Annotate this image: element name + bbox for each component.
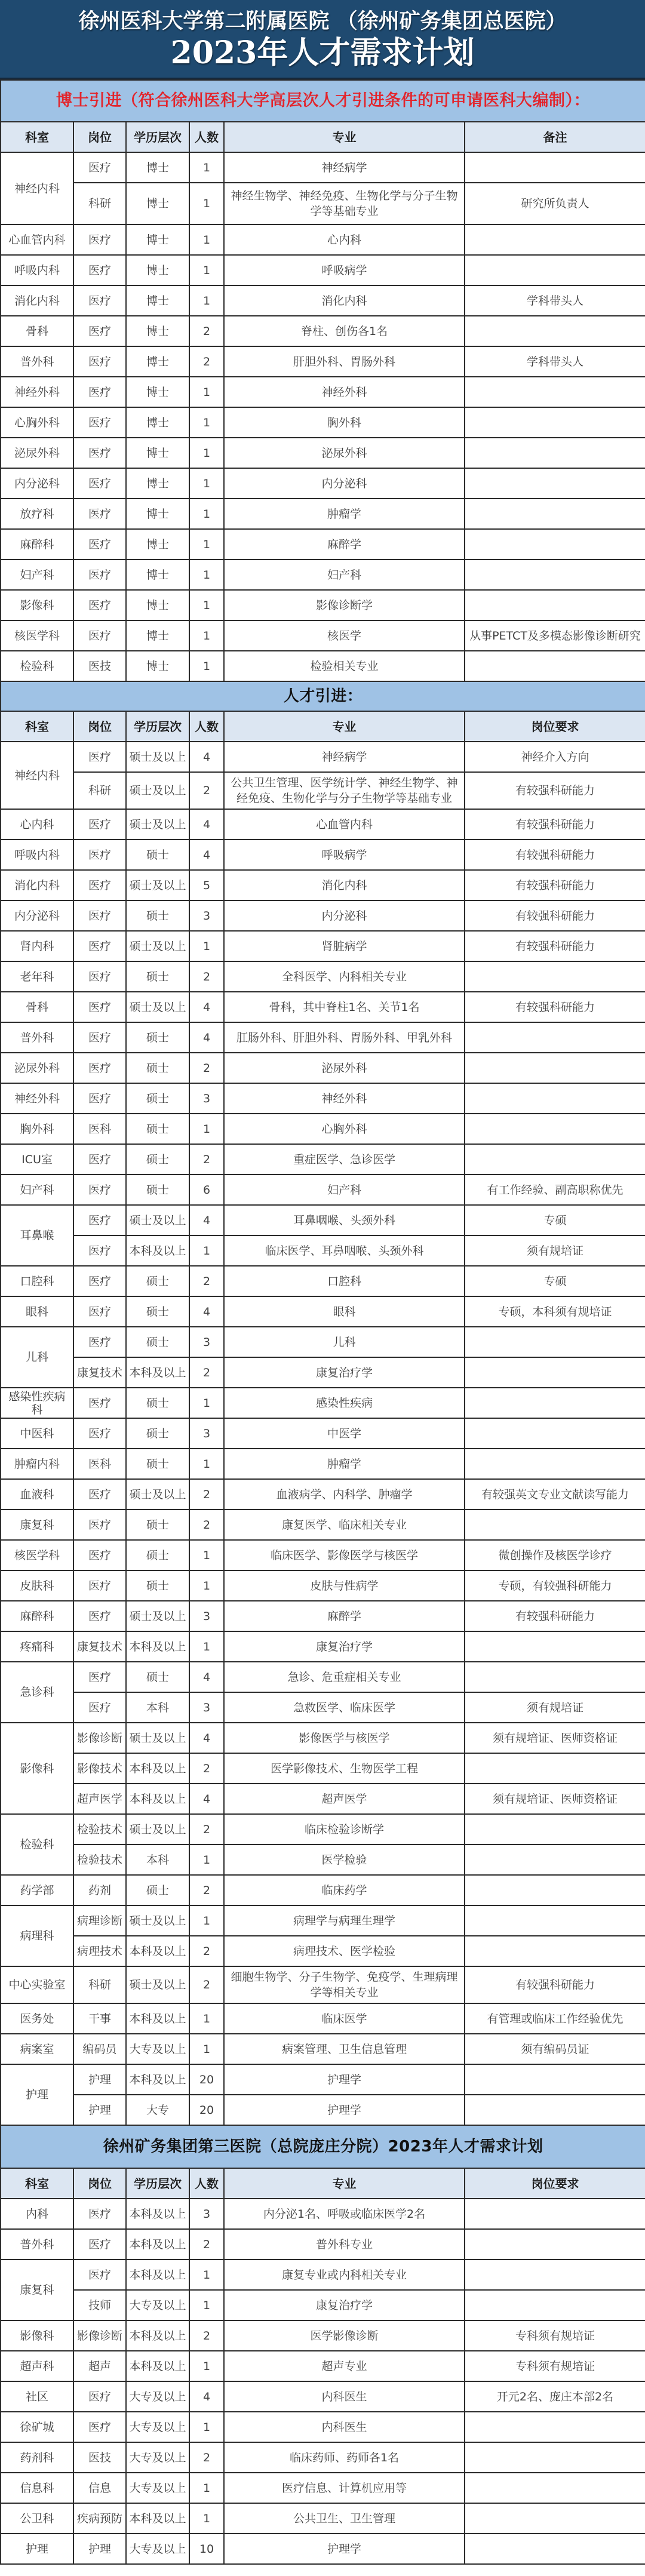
remark-cell	[465, 1845, 645, 1875]
dept-cell: 泌尿外科	[1, 438, 73, 468]
count-cell: 2	[189, 316, 224, 346]
table-row: 信息科信息大专及以上1医疗信息、计算机应用等	[1, 2473, 645, 2503]
dept-cell: 护理	[1, 2064, 73, 2125]
major-cell: 临床医学、耳鼻咽喉、头颈外科	[224, 1235, 465, 1266]
post-cell: 医疗	[73, 742, 126, 772]
post-cell: 医疗	[73, 1144, 126, 1175]
education-cell: 硕士	[126, 1022, 189, 1053]
table-row: 中医科医疗硕士3中医学	[1, 1418, 645, 1449]
education-cell: 大专及以上	[126, 2290, 189, 2320]
count-cell: 1	[189, 590, 224, 620]
post-cell: 医疗	[73, 285, 126, 316]
post-cell: 科研	[73, 183, 126, 225]
count-cell: 10	[189, 2534, 224, 2564]
post-cell: 医疗	[73, 1266, 126, 1296]
post-cell: 医疗	[73, 225, 126, 255]
remark-cell	[465, 377, 645, 407]
remark-cell	[465, 961, 645, 992]
column-header-education: 学历层次	[126, 122, 189, 152]
count-cell: 3	[189, 1692, 224, 1723]
major-cell: 护理学	[224, 2095, 465, 2125]
column-header-education: 学历层次	[126, 2168, 189, 2199]
table-row: 泌尿外科医疗硕士2泌尿外科	[1, 1053, 645, 1083]
dept-cell: 影像科	[1, 590, 73, 620]
remark-cell: 有较强科研能力	[465, 809, 645, 840]
remark-cell	[465, 1662, 645, 1692]
remark-cell	[465, 2229, 645, 2260]
remark-cell	[465, 1753, 645, 1784]
major-cell: 康复治疗学	[224, 1631, 465, 1662]
table-row: 眼科医疗硕士4眼科专硕，本科须有规培证	[1, 1296, 645, 1327]
column-header-major: 专业	[224, 711, 465, 742]
dept-cell: 内分泌科	[1, 900, 73, 931]
dept-cell: 康复科	[1, 2260, 73, 2320]
dept-cell: 麻醉科	[1, 529, 73, 560]
post-cell: 病理诊断	[73, 1905, 126, 1936]
recruitment-plan-body: 博士引进（符合徐州医科大学高层次人才引进条件的可申请医科大编制）：科室岗位学历层…	[1, 80, 645, 2564]
remark-cell	[465, 1936, 645, 1966]
post-cell: 超声医学	[73, 1784, 126, 1814]
count-cell: 1	[189, 1114, 224, 1144]
table-row: 心内科医疗硕士及以上4心血管内科有较强科研能力	[1, 809, 645, 840]
post-cell: 疾病预防	[73, 2503, 126, 2534]
table-row: 消化内科医疗博士1消化内科学科带头人	[1, 285, 645, 316]
table-row: 影像科影像诊断硕士及以上4影像医学与核医学须有规培证、医师资格证	[1, 1723, 645, 1753]
major-cell: 普外科专业	[224, 2229, 465, 2260]
post-cell: 超声	[73, 2351, 126, 2381]
post-cell: 医疗	[73, 377, 126, 407]
column-header-post: 岗位	[73, 122, 126, 152]
table-row: 麻醉科医疗硕士及以上3麻醉学有较强科研能力	[1, 1601, 645, 1631]
major-cell: 心血管内科	[224, 809, 465, 840]
dept-cell: 妇产科	[1, 560, 73, 590]
count-cell: 3	[189, 1327, 224, 1357]
post-cell: 医疗	[73, 1510, 126, 1540]
remark-cell: 研究所负责人	[465, 183, 645, 225]
count-cell: 5	[189, 870, 224, 900]
section-band: 人才引进：	[1, 681, 645, 711]
table-row: 药学部药剂硕士2临床药学	[1, 1875, 645, 1905]
column-header-education: 学历层次	[126, 711, 189, 742]
dept-cell: 病案室	[1, 2034, 73, 2064]
education-cell: 本科及以上	[126, 1784, 189, 1814]
count-cell: 1	[189, 2473, 224, 2503]
count-cell: 1	[189, 255, 224, 285]
dept-cell: 神经内科	[1, 742, 73, 809]
table-row: 内分泌科医疗硕士3内分泌科有较强科研能力	[1, 900, 645, 931]
remark-cell: 学科带头人	[465, 346, 645, 377]
dept-cell: 肿瘤内科	[1, 1449, 73, 1479]
remark-cell	[465, 651, 645, 681]
post-cell: 医疗	[73, 2229, 126, 2260]
major-cell: 口腔科	[224, 1266, 465, 1296]
table-row: 肿瘤内科医科硕士1肿瘤学	[1, 1449, 645, 1479]
table-row: 骨科医疗博士2脊柱、创伤各1名	[1, 316, 645, 346]
post-cell: 医技	[73, 651, 126, 681]
column-header-post: 岗位	[73, 711, 126, 742]
remark-cell	[465, 529, 645, 560]
count-cell: 1	[189, 1388, 224, 1418]
remark-cell: 神经介入方向	[465, 742, 645, 772]
count-cell: 1	[189, 499, 224, 529]
count-cell: 1	[189, 2260, 224, 2290]
table-row: 药剂科医技大专及以上2临床药师、药师各1名	[1, 2442, 645, 2473]
table-row: 普外科医疗博士2肝胆外科、胃肠外科学科带头人	[1, 346, 645, 377]
education-cell: 硕士及以上	[126, 742, 189, 772]
dept-cell: 普外科	[1, 1022, 73, 1053]
table-row: 影像科影像诊断本科及以上2医学影像诊断专科须有规培证	[1, 2320, 645, 2351]
column-header-remark: 岗位要求	[465, 711, 645, 742]
column-header-dept: 科室	[1, 122, 73, 152]
post-cell: 医疗	[73, 2412, 126, 2442]
remark-cell	[465, 1510, 645, 1540]
count-cell: 4	[189, 1784, 224, 1814]
table-row: 内科医疗本科及以上3内分泌1名、呼吸或临床医学2名	[1, 2199, 645, 2229]
table-row: 中心实验室科研硕士及以上2细胞生物学、分子生物学、免疫学、生理病理学等相关专业有…	[1, 1966, 645, 2003]
major-cell: 消化内科	[224, 870, 465, 900]
remark-cell	[465, 1905, 645, 1936]
table-row: 影像技术本科及以上2医学影像技术、生物医学工程	[1, 1753, 645, 1784]
dept-cell: 康复科	[1, 1510, 73, 1540]
post-cell: 药剂	[73, 1875, 126, 1905]
post-cell: 医疗	[73, 1418, 126, 1449]
major-cell: 麻醉学	[224, 1601, 465, 1631]
remark-cell	[465, 152, 645, 183]
dept-cell: 心血管内科	[1, 225, 73, 255]
major-cell: 全科医学、内科相关专业	[224, 961, 465, 992]
education-cell: 硕士	[126, 961, 189, 992]
major-cell: 神经病学	[224, 152, 465, 183]
remark-cell	[465, 2442, 645, 2473]
remark-cell	[465, 1449, 645, 1479]
remark-cell	[465, 316, 645, 346]
table-row: 消化内科医疗硕士及以上5消化内科有较强科研能力	[1, 870, 645, 900]
section-band: 博士引进（符合徐州医科大学高层次人才引进条件的可申请医科大编制）：	[1, 80, 645, 122]
count-cell: 1	[189, 407, 224, 438]
post-cell: 医疗	[73, 1662, 126, 1692]
remark-cell	[465, 1327, 645, 1357]
table-row: 核医学科医疗博士1核医学从事PETCT及多模态影像诊断研究	[1, 620, 645, 651]
dept-cell: ICU室	[1, 1144, 73, 1175]
post-cell: 医疗	[73, 1479, 126, 1510]
major-cell: 耳鼻咽喉、头颈外科	[224, 1205, 465, 1235]
remark-cell: 专硕，有较强科研能力	[465, 1570, 645, 1601]
dept-cell: 心内科	[1, 809, 73, 840]
education-cell: 硕士及以上	[126, 772, 189, 809]
major-cell: 妇产科	[224, 1175, 465, 1205]
post-cell: 医疗	[73, 2381, 126, 2412]
dept-cell: 呼吸内科	[1, 255, 73, 285]
table-row: 疼痛科康复技术本科及以上1康复治疗学	[1, 1631, 645, 1662]
education-cell: 本科及以上	[126, 2229, 189, 2260]
remark-cell	[465, 1053, 645, 1083]
major-cell: 临床医学	[224, 2003, 465, 2034]
remark-cell	[465, 2095, 645, 2125]
remark-cell: 有较强科研能力	[465, 900, 645, 931]
remark-cell	[465, 2534, 645, 2564]
education-cell: 硕士	[126, 1053, 189, 1083]
education-cell: 硕士及以上	[126, 1966, 189, 2003]
section-band: 徐州矿务集团第三医院（总院庞庄分院）2023年人才需求计划	[1, 2125, 645, 2168]
count-cell: 2	[189, 961, 224, 992]
table-row: 社区医疗大专及以上4内科医生开元2名、庞庄本部2名	[1, 2381, 645, 2412]
dept-cell: 中心实验室	[1, 1966, 73, 2003]
education-cell: 硕士	[126, 1175, 189, 1205]
remark-cell	[465, 407, 645, 438]
table-row: 妇产科医疗硕士6妇产科有工作经验、副高职称优先	[1, 1175, 645, 1205]
education-cell: 硕士	[126, 1266, 189, 1296]
education-cell: 硕士	[126, 1662, 189, 1692]
major-cell: 康复治疗学	[224, 1357, 465, 1388]
remark-cell: 须有规培证、医师资格证	[465, 1723, 645, 1753]
count-cell: 1	[189, 438, 224, 468]
page-title-line2: 2023年人才需求计划	[0, 35, 645, 71]
major-cell: 泌尿外科	[224, 438, 465, 468]
major-cell: 皮肤与性病学	[224, 1570, 465, 1601]
count-cell: 1	[189, 1845, 224, 1875]
count-cell: 4	[189, 809, 224, 840]
table-row: 麻醉科医疗博士1麻醉学	[1, 529, 645, 560]
education-cell: 博士	[126, 468, 189, 499]
count-cell: 3	[189, 1083, 224, 1114]
count-cell: 1	[189, 529, 224, 560]
education-cell: 博士	[126, 620, 189, 651]
education-cell: 博士	[126, 255, 189, 285]
dept-cell: 泌尿外科	[1, 1053, 73, 1083]
remark-cell	[465, 1418, 645, 1449]
education-cell: 大专	[126, 2095, 189, 2125]
count-cell: 1	[189, 2290, 224, 2320]
count-cell: 2	[189, 1510, 224, 1540]
dept-cell: 皮肤科	[1, 1570, 73, 1601]
column-header-count: 人数	[189, 2168, 224, 2199]
education-cell: 博士	[126, 651, 189, 681]
remark-cell	[465, 2064, 645, 2095]
dept-cell: 感染性疾病科	[1, 1388, 73, 1418]
dept-cell: 神经外科	[1, 377, 73, 407]
remark-cell	[465, 1144, 645, 1175]
major-cell: 肿瘤学	[224, 499, 465, 529]
major-cell: 消化内科	[224, 285, 465, 316]
count-cell: 1	[189, 152, 224, 183]
column-header-post: 岗位	[73, 2168, 126, 2199]
column-header-remark: 备注	[465, 122, 645, 152]
dept-cell: 病理科	[1, 1905, 73, 1966]
table-row: 检验科医技博士1检验相关专业	[1, 651, 645, 681]
post-cell: 科研	[73, 772, 126, 809]
count-cell: 2	[189, 2442, 224, 2473]
table-row: 耳鼻喉医疗硕士及以上4耳鼻咽喉、头颈外科专硕	[1, 1205, 645, 1235]
education-cell: 博士	[126, 407, 189, 438]
major-cell: 呼吸病学	[224, 840, 465, 870]
major-cell: 临床药师、药师各1名	[224, 2442, 465, 2473]
major-cell: 泌尿外科	[224, 1053, 465, 1083]
post-cell: 护理	[73, 2064, 126, 2095]
dept-cell: 神经外科	[1, 1083, 73, 1114]
post-cell: 医疗	[73, 152, 126, 183]
remark-cell	[465, 1083, 645, 1114]
major-cell: 感染性疾病	[224, 1388, 465, 1418]
post-cell: 医疗	[73, 499, 126, 529]
education-cell: 博士	[126, 152, 189, 183]
post-cell: 医疗	[73, 1327, 126, 1357]
dept-cell: 老年科	[1, 961, 73, 992]
education-cell: 硕士	[126, 1510, 189, 1540]
major-cell: 骨科，其中脊柱1名、关节1名	[224, 992, 465, 1022]
post-cell: 技师	[73, 2290, 126, 2320]
dept-cell: 呼吸内科	[1, 840, 73, 870]
table-row: 普外科医疗硕士4肛肠外科、肝胆外科、胃肠外科、甲乳外科	[1, 1022, 645, 1053]
table-row: 康复科医疗本科及以上1康复专业或内科相关专业	[1, 2260, 645, 2290]
remark-cell: 微创操作及核医学诊疗	[465, 1540, 645, 1570]
count-cell: 1	[189, 2351, 224, 2381]
count-cell: 2	[189, 1875, 224, 1905]
count-cell: 1	[189, 2503, 224, 2534]
post-cell: 医疗	[73, 1540, 126, 1570]
dept-cell: 肾内科	[1, 931, 73, 961]
table-row: 医疗本科及以上1临床医学、耳鼻咽喉、头颈外科须有规培证	[1, 1235, 645, 1266]
education-cell: 硕士及以上	[126, 1723, 189, 1753]
dept-cell: 骨科	[1, 316, 73, 346]
count-cell: 4	[189, 1723, 224, 1753]
table-row: 病理科病理诊断硕士及以上1病理学与病理生理学	[1, 1905, 645, 1936]
post-cell: 医疗	[73, 407, 126, 438]
table-row: 心血管内科医疗博士1心内科	[1, 225, 645, 255]
count-cell: 1	[189, 1449, 224, 1479]
education-cell: 硕士及以上	[126, 1205, 189, 1235]
education-cell: 本科及以上	[126, 1235, 189, 1266]
dept-cell: 核医学科	[1, 1540, 73, 1570]
major-cell: 护理学	[224, 2064, 465, 2095]
count-cell: 20	[189, 2064, 224, 2095]
remark-cell: 须有规培证、医师资格证	[465, 1784, 645, 1814]
education-cell: 本科及以上	[126, 2064, 189, 2095]
post-cell: 医疗	[73, 1083, 126, 1114]
column-header-count: 人数	[189, 711, 224, 742]
post-cell: 医疗	[73, 1388, 126, 1418]
major-cell: 内分泌1名、呼吸或临床医学2名	[224, 2199, 465, 2229]
major-cell: 影像医学与核医学	[224, 1723, 465, 1753]
table-row: 徐矿城医疗大专及以上1内科医生	[1, 2412, 645, 2442]
post-cell: 医疗	[73, 900, 126, 931]
table-row: 呼吸内科医疗博士1呼吸病学	[1, 255, 645, 285]
major-cell: 妇产科	[224, 560, 465, 590]
column-header-count: 人数	[189, 122, 224, 152]
table-row: 血液科医疗硕士及以上2血液病学、内科学、肿瘤学有较强英文专业文献读写能力	[1, 1479, 645, 1510]
major-cell: 脊柱、创伤各1名	[224, 316, 465, 346]
remark-cell: 专硕	[465, 1205, 645, 1235]
education-cell: 本科及以上	[126, 2351, 189, 2381]
dept-cell: 放疗科	[1, 499, 73, 529]
count-cell: 2	[189, 2320, 224, 2351]
post-cell: 医疗	[73, 346, 126, 377]
education-cell: 大专及以上	[126, 2534, 189, 2564]
education-cell: 本科及以上	[126, 1753, 189, 1784]
count-cell: 1	[189, 1540, 224, 1570]
table-row: 感染性疾病科医疗硕士1感染性疾病	[1, 1388, 645, 1418]
count-cell: 4	[189, 2381, 224, 2412]
count-cell: 4	[189, 840, 224, 870]
major-cell: 核医学	[224, 620, 465, 651]
post-cell: 医疗	[73, 468, 126, 499]
major-cell: 神经外科	[224, 377, 465, 407]
education-cell: 硕士及以上	[126, 870, 189, 900]
dept-cell: 护理	[1, 2534, 73, 2564]
count-cell: 2	[189, 1753, 224, 1784]
post-cell: 护理	[73, 2534, 126, 2564]
post-cell: 医疗	[73, 1205, 126, 1235]
post-cell: 康复技术	[73, 1357, 126, 1388]
education-cell: 硕士及以上	[126, 1601, 189, 1631]
count-cell: 3	[189, 1418, 224, 1449]
table-row: 神经内科医疗博士1神经病学	[1, 152, 645, 183]
table-row: 内分泌科医疗博士1内分泌科	[1, 468, 645, 499]
education-cell: 硕士	[126, 1449, 189, 1479]
dept-cell: 徐矿城	[1, 2412, 73, 2442]
post-cell: 医疗	[73, 961, 126, 992]
table-row: 神经外科医疗博士1神经外科	[1, 377, 645, 407]
major-cell: 康复医学、临床相关专业	[224, 1510, 465, 1540]
major-cell: 医疗信息、计算机应用等	[224, 2473, 465, 2503]
table-row: 神经外科医疗硕士3神经外科	[1, 1083, 645, 1114]
education-cell: 博士	[126, 285, 189, 316]
dept-cell: 普外科	[1, 346, 73, 377]
remark-cell: 有较强科研能力	[465, 931, 645, 961]
count-cell: 4	[189, 992, 224, 1022]
remark-cell	[465, 1814, 645, 1845]
count-cell: 2	[189, 1814, 224, 1845]
post-cell: 医疗	[73, 931, 126, 961]
post-cell: 医疗	[73, 840, 126, 870]
count-cell: 1	[189, 377, 224, 407]
remark-cell	[465, 2412, 645, 2442]
major-cell: 肛肠外科、肝胆外科、胃肠外科、甲乳外科	[224, 1022, 465, 1053]
major-cell: 肝胆外科、胃肠外科	[224, 346, 465, 377]
major-cell: 细胞生物学、分子生物学、免疫学、生理病理学等相关专业	[224, 1966, 465, 2003]
count-cell: 4	[189, 1662, 224, 1692]
post-cell: 医疗	[73, 1053, 126, 1083]
remark-cell	[465, 590, 645, 620]
major-cell: 肾脏病学	[224, 931, 465, 961]
dept-cell: 消化内科	[1, 285, 73, 316]
remark-cell	[465, 499, 645, 529]
count-cell: 1	[189, 1570, 224, 1601]
remark-cell: 有较强英文专业文献读写能力	[465, 1479, 645, 1510]
table-row: 肾内科医疗硕士及以上1肾脏病学有较强科研能力	[1, 931, 645, 961]
remark-cell: 有工作经验、副高职称优先	[465, 1175, 645, 1205]
major-cell: 呼吸病学	[224, 255, 465, 285]
post-cell: 医疗	[73, 620, 126, 651]
major-cell: 神经生物学、神经免疫、生物化学与分子生物学等基础专业	[224, 183, 465, 225]
post-cell: 医科	[73, 1114, 126, 1144]
remark-cell	[465, 2503, 645, 2534]
education-cell: 博士	[126, 438, 189, 468]
post-cell: 影像诊断	[73, 2320, 126, 2351]
table-row: 超声科超声本科及以上1超声专业专科须有规培证	[1, 2351, 645, 2381]
remark-cell	[465, 225, 645, 255]
table-row: 医务处干事本科及以上1临床医学有管理或临床工作经验优先	[1, 2003, 645, 2034]
remark-cell: 开元2名、庞庄本部2名	[465, 2381, 645, 2412]
count-cell: 1	[189, 1631, 224, 1662]
major-cell: 检验相关专业	[224, 651, 465, 681]
post-cell: 医疗	[73, 1601, 126, 1631]
education-cell: 硕士	[126, 1114, 189, 1144]
dept-cell: 妇产科	[1, 1175, 73, 1205]
dept-cell: 影像科	[1, 2320, 73, 2351]
education-cell: 本科及以上	[126, 1357, 189, 1388]
table-row: 护理大专20护理学	[1, 2095, 645, 2125]
count-cell: 1	[189, 2003, 224, 2034]
